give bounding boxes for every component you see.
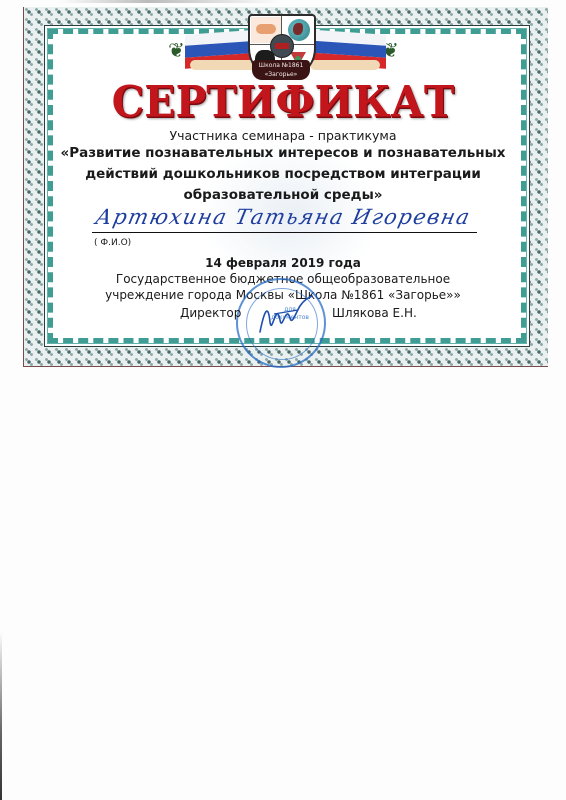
certificate-title: СЕРТИФИКАТ <box>0 77 566 127</box>
laurel-branch-left-icon: ❦ <box>168 38 184 62</box>
certificate-date: 14 февраля 2019 года <box>0 256 566 270</box>
handshake-icon <box>256 24 276 34</box>
center-disc-icon <box>270 34 294 58</box>
name-caption: ( Ф.И.О) <box>94 238 131 248</box>
director-label: Директор <box>180 306 241 320</box>
topic-line-2: действий дошкольников посредством интегр… <box>0 164 566 185</box>
seminar-topic: «Развитие познавательных интересов и поз… <box>0 143 566 206</box>
recipient-name-handwritten: Артюхина Татьяна Игоревна <box>93 205 478 229</box>
name-underline <box>92 232 477 233</box>
topic-line-1: «Развитие познавательных интересов и поз… <box>0 143 566 164</box>
emblem-school-name: Школа №1861 <box>252 61 310 70</box>
scroll-ornament-left <box>190 60 260 70</box>
topic-line-3: образовательной среды» <box>0 185 566 206</box>
scan-edge <box>0 630 2 800</box>
scan-edge-top <box>60 0 280 3</box>
director-signature-icon <box>254 292 314 340</box>
participant-subtitle: Участника семинара - практикума <box>0 128 566 143</box>
director-name: Шлякова Е.Н. <box>332 306 417 320</box>
scroll-ornament-right <box>310 60 380 70</box>
